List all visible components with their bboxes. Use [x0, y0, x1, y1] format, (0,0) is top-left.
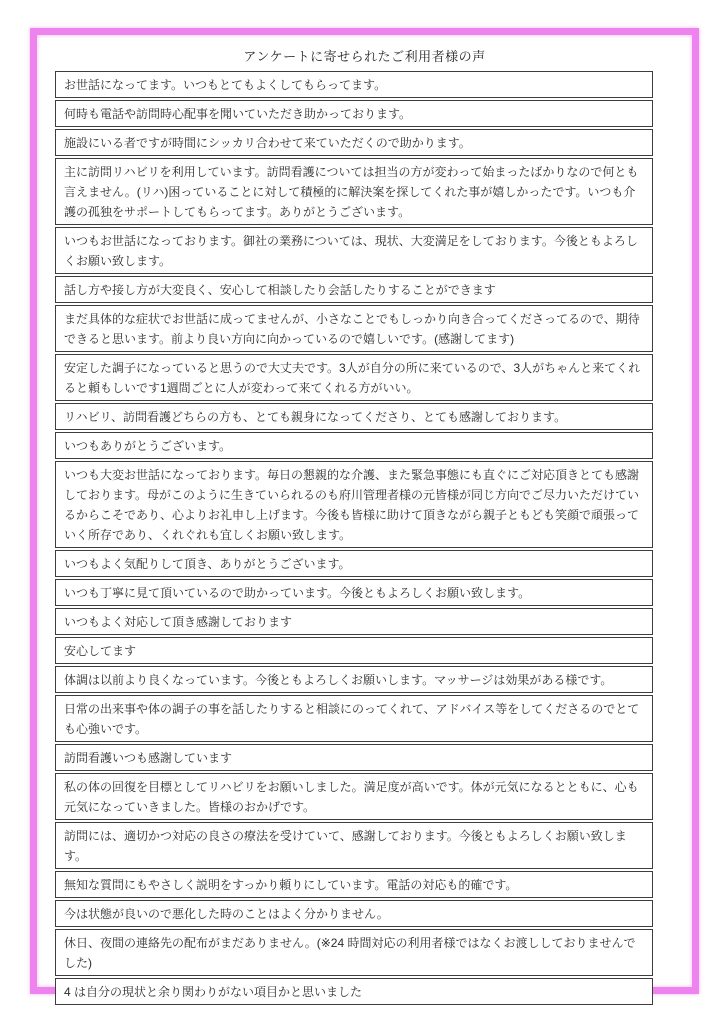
comment-text: まだ具体的な症状でお世話に成ってませんが、小さなことでもしっかり向き合ってくださ…	[64, 312, 640, 346]
comment-text: いつもよく気配りして頂き、ありがとうございます。	[64, 557, 351, 571]
comment-row: 施設にいる者ですが時間にシッカリ合わせて来ていただくので助かります。	[55, 129, 653, 156]
comment-text: いつもお世話になっております。御社の業務については、現状、大変満足をしております…	[64, 234, 638, 268]
comment-row: いつもありがとうございます。	[55, 432, 653, 459]
comment-text: リハビリ、訪問看護どちらの方も、とても親身になってくださり、とても感謝しておりま…	[64, 410, 566, 424]
comment-row: 休日、夜間の連絡先の配布がまだありません。(※24 時間対応の利用者様ではなくお…	[55, 929, 653, 976]
comment-row: 主に訪問リハビリを利用しています。訪問看護については担当の方が変わって始まったば…	[55, 158, 653, 225]
comment-text: いつもありがとうございます。	[64, 439, 231, 453]
comment-row: いつもよく気配りして頂き、ありがとうございます。	[55, 550, 653, 577]
comment-text: 何時も電話や訪問時心配事を聞いていただき助かっております。	[64, 107, 411, 121]
page-title: アンケートに寄せられたご利用者様の声	[37, 46, 692, 65]
comment-text: 安定した調子になっていると思うので大丈夫です。3人が自分の所に来ているので、3人…	[64, 361, 640, 395]
comment-row: リハビリ、訪問看護どちらの方も、とても親身になってくださり、とても感謝しておりま…	[55, 403, 653, 430]
comment-row: 何時も電話や訪問時心配事を聞いていただき助かっております。	[55, 100, 653, 127]
pink-frame: アンケートに寄せられたご利用者様の声 お世話になってます。いつもとてもよくしても…	[30, 28, 699, 994]
comment-row: いつもよく対応して頂き感謝しております	[55, 608, 653, 635]
comment-text: 無知な質問にもやさしく説明をすっかり頼りにしています。電話の対応も的確です。	[64, 878, 517, 892]
comment-text: いつも大変お世話になっております。毎日の懇親的な介護、また緊急事態にも直ぐにご対…	[64, 468, 639, 542]
comment-text: 安心してます	[64, 644, 136, 658]
comment-row: 訪問には、適切かつ対応の良さの療法を受けていて、感謝しております。今後ともよろし…	[55, 822, 653, 869]
comment-row: 今は状態が良いので悪化した時のことはよく分かりません。	[55, 900, 653, 927]
comment-text: 体調は以前より良くなっています。今後ともよろしくお願いします。マッサージは効果が…	[64, 673, 612, 687]
comment-text: お世話になってます。いつもとてもよくしてもらってます。	[64, 78, 386, 92]
comment-text: 話し方や接し方が大変良く、安心して相談したり会話したりすることができます	[64, 283, 496, 297]
document-page: アンケートに寄せられたご利用者様の声 お世話になってます。いつもとてもよくしても…	[0, 0, 724, 1024]
comment-row: 日常の出来事や体の調子の事を話したりすると相談にのってくれて、アドバイス等をして…	[55, 695, 653, 742]
comment-text: 訪問には、適切かつ対応の良さの療法を受けていて、感謝しております。今後ともよろし…	[64, 829, 627, 863]
comment-row: 安心してます	[55, 637, 653, 664]
comment-row: 話し方や接し方が大変良く、安心して相談したり会話したりすることができます	[55, 276, 653, 303]
comment-row: まだ具体的な症状でお世話に成ってませんが、小さなことでもしっかり向き合ってくださ…	[55, 305, 653, 352]
comment-row: 無知な質問にもやさしく説明をすっかり頼りにしています。電話の対応も的確です。	[55, 871, 653, 898]
comment-text: 訪問看護いつも感謝しています	[64, 751, 232, 765]
comment-row: お世話になってます。いつもとてもよくしてもらってます。	[55, 71, 653, 98]
comment-row: 4 は自分の現状と余り関わりがない項目かと思いました	[55, 978, 653, 1005]
comments-table: お世話になってます。いつもとてもよくしてもらってます。何時も電話や訪問時心配事を…	[55, 71, 653, 1005]
comment-row: 安定した調子になっていると思うので大丈夫です。3人が自分の所に来ているので、3人…	[55, 354, 653, 401]
comment-text: 私の体の回復を目標としてリハビリをお願いしました。満足度が高いです。体が元気にな…	[64, 780, 639, 814]
comment-text: 今は状態が良いので悪化した時のことはよく分かりません。	[64, 907, 389, 921]
comment-row: いつも丁寧に見て頂いているので助かっています。今後ともよろしくお願い致します。	[55, 579, 653, 606]
comment-text: 休日、夜間の連絡先の配布がまだありません。(※24 時間対応の利用者様ではなくお…	[64, 936, 635, 970]
comment-row: いつも大変お世話になっております。毎日の懇親的な介護、また緊急事態にも直ぐにご対…	[55, 461, 653, 548]
comment-text: いつも丁寧に見て頂いているので助かっています。今後ともよろしくお願い致します。	[64, 586, 530, 600]
comment-text: 4 は自分の現状と余り関わりがない項目かと思いました	[64, 985, 362, 999]
comment-row: 体調は以前より良くなっています。今後ともよろしくお願いします。マッサージは効果が…	[55, 666, 653, 693]
comment-text: 日常の出来事や体の調子の事を話したりすると相談にのってくれて、アドバイス等をして…	[64, 702, 639, 736]
comment-row: 訪問看護いつも感謝しています	[55, 744, 653, 771]
comment-text: いつもよく対応して頂き感謝しております	[64, 615, 292, 629]
comment-row: 私の体の回復を目標としてリハビリをお願いしました。満足度が高いです。体が元気にな…	[55, 773, 653, 820]
comment-text: 施設にいる者ですが時間にシッカリ合わせて来ていただくので助かります。	[64, 136, 471, 150]
comment-row: いつもお世話になっております。御社の業務については、現状、大変満足をしております…	[55, 227, 653, 274]
comment-text: 主に訪問リハビリを利用しています。訪問看護については担当の方が変わって始まったば…	[64, 165, 638, 219]
